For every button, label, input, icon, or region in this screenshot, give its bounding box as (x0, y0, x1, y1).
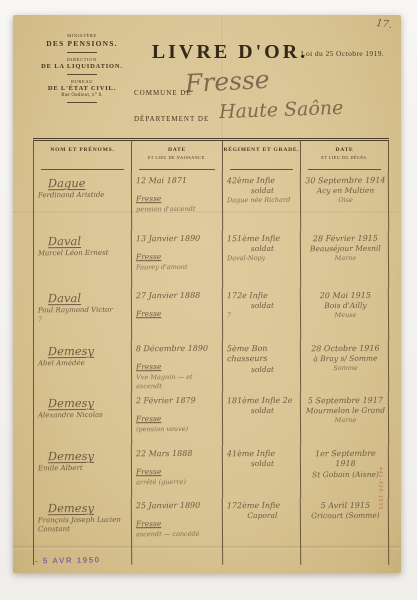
death-date: 5 Avril 1915 (305, 501, 386, 512)
given-names: Alexandre Nicolas (38, 411, 129, 421)
death-department: Marne (305, 416, 386, 425)
birth-place: Fresse (136, 363, 161, 373)
table-cell-regiment: 151ème Infie soldat Daval-Nopy (223, 231, 301, 289)
table-cell-regiment: 172ème Infie Caporal (223, 498, 301, 566)
regiment: 151ème Infie (227, 234, 298, 245)
table-cell-name: Demesy Abel Amédée (34, 341, 132, 394)
surname: Demesy (48, 344, 129, 360)
bureau-address: Rue Oudinot, n° 8. (23, 93, 141, 98)
table-cell-regiment: 42ème Infie soldat Dague née Richard (223, 173, 301, 232)
regiment-annotation: Dague née Richard (227, 196, 298, 205)
law-reference: Loi du 25 Octobre 1919. (301, 49, 406, 58)
table-cell-birth: 25 Janvier 1890 Fresse ascendt — concédé (132, 498, 223, 566)
death-place: Acy en Multien (305, 186, 386, 196)
birth-annotation (136, 320, 220, 321)
column-header-label: ET LIEU DE NAISSANCE. (132, 155, 222, 160)
birth-place: Fresse (136, 195, 161, 205)
table-cell-birth: 8 Décembre 1890 Fresse Vve Magnin — et a… (132, 341, 223, 394)
surname: Daval (48, 291, 129, 307)
table-cell-name: Daval Marcel Léon Ernest (34, 231, 132, 289)
birth-place: Fresse (136, 310, 161, 320)
birth-annotation: (pension veuve) (136, 425, 220, 434)
birth-place: Fresse (136, 468, 161, 478)
death-date: 5 Septembre 1917 (305, 396, 386, 407)
birth-place: Fresse (136, 415, 161, 425)
surname: Dague (48, 176, 129, 192)
regiment: 5ème Bon chasseurs (227, 344, 298, 365)
grade: soldat (227, 301, 298, 311)
table-cell-regiment: 172e Infie soldat 7 (223, 288, 301, 342)
commune-value: Fresse (184, 65, 270, 98)
table-cell-birth: 22 Mars 1888 Fresse arrêté (guerre) (132, 446, 223, 499)
name-annotation: 7 (38, 315, 129, 324)
column-header-label: DATE (301, 147, 388, 153)
casualty-table: NOM ET PRÉNOMS. DATE ET LIEU DE NAISSANC… (33, 138, 389, 565)
table-cell-name: Dague Ferdinand Aristide (34, 173, 132, 232)
grade: soldat (227, 244, 298, 254)
birth-annotation: Vve Magnin — et ascendt (136, 373, 220, 390)
table-cell-death: 28 Février 1915 Beauséjour Mesnil Marne (301, 231, 389, 289)
surname: Daval (48, 234, 129, 250)
death-date: 28 Octobre 1916 (305, 344, 386, 355)
grade: soldat (227, 365, 298, 375)
death-place: Gricourt (Somme) (305, 511, 386, 521)
grade: Caporal (227, 511, 298, 521)
grade: soldat (227, 406, 298, 416)
column-header-death: DATE ET LIEU DU DÉCÈS. (301, 141, 389, 173)
table-cell-death: 30 Septembre 1914 Acy en Multien Oise (301, 173, 389, 232)
departement-label: DÉPARTEMENT DE (134, 115, 209, 123)
regiment: 42ème Infie (227, 176, 298, 187)
death-date: 30 Septembre 1914 (305, 176, 386, 187)
scanned-document-view: 17. MINISTÈRE DES PENSIONS. DIRECTION DE… (0, 0, 417, 600)
birth-date: 27 Janvier 1888 (136, 291, 220, 302)
birth-date: 25 Janvier 1890 (136, 501, 220, 512)
death-department: Somme (305, 364, 386, 373)
column-header-label: DATE (132, 147, 222, 153)
birth-date: 12 Mai 1871 (136, 176, 220, 187)
birth-annotation: Faurey d'amont (136, 263, 220, 272)
table-cell-name: Daval Paul Raymond Victor 7 (34, 288, 132, 342)
death-place: à Bray s/ Somme (305, 354, 386, 364)
table-cell-birth: 27 Janvier 1888 Fresse (132, 288, 223, 342)
given-names: François Joseph Lucien Constant (38, 516, 129, 535)
table-cell-name: Demesy Alexandre Nicolas (34, 393, 132, 447)
regiment-annotation: 7 (227, 311, 298, 320)
commune-label: COMMUNE DE (134, 89, 192, 97)
direction-small-label: DIRECTION (23, 57, 141, 62)
birth-annotation: ascendt — concédé (136, 530, 220, 539)
letterhead-divider (67, 74, 97, 75)
column-header-label: RÉGIMENT ET GRADE. (223, 147, 300, 153)
table-cell-death: 1er Septembre 1918 St Gobain (Aisne) (301, 446, 389, 499)
bureau-small-label: BUREAU (23, 79, 141, 84)
table-cell-death: 5 Septembre 1917 Mourmelon le Grand Marn… (301, 393, 389, 447)
death-place: Bois d'Ailly (305, 301, 386, 311)
document-title: LIVRE D'OR. (147, 41, 313, 64)
regiment: 181ème Infie 2e (227, 396, 298, 407)
page-number: 17. (375, 18, 392, 31)
regiment: 172e Infie (227, 291, 298, 302)
given-names: Ferdinand Aristide (38, 191, 129, 201)
given-names: Abel Amédée (38, 359, 129, 369)
table-cell-birth: 2 Février 1879 Fresse (pension veuve) (132, 393, 223, 447)
surname: Demesy (48, 449, 129, 465)
birth-place: Fresse (136, 253, 161, 263)
regiment: 41ème Infie (227, 449, 298, 460)
column-header-birth: DATE ET LIEU DE NAISSANCE. (132, 141, 223, 173)
death-department: Marne (305, 254, 386, 263)
birth-annotation: arrêté (guerre) (136, 478, 220, 487)
death-place: St Gobain (Aisne) (305, 469, 386, 479)
death-date: 28 Février 1915 (305, 234, 386, 245)
surname: Demesy (48, 396, 129, 412)
birth-date: 22 Mars 1888 (136, 449, 220, 460)
ministry-small-label: MINISTÈRE (23, 33, 141, 38)
archive-date-stamp: - 5 AVR 1950 (35, 555, 101, 565)
table-cell-birth: 12 Mai 1871 Fresse pension d'ascendt (132, 173, 223, 232)
surname: Demesy (48, 501, 129, 517)
birth-place: Fresse (136, 520, 161, 530)
table-cell-death: 28 Octobre 1916 à Bray s/ Somme Somme (301, 341, 389, 394)
table-cell-regiment: 181ème Infie 2e soldat (223, 393, 301, 447)
table-cell-name: Demesy Emile Albert (34, 446, 132, 499)
table-cell-regiment: 41ème Infie soldat (223, 446, 301, 499)
column-header-label: ET LIEU DU DÉCÈS. (301, 155, 388, 160)
birth-annotation: pension d'ascendt (136, 205, 220, 214)
side-serial-stamp: 441-425-1935 (377, 467, 383, 510)
ministry-letterhead: MINISTÈRE DES PENSIONS. DIRECTION DE LA … (23, 33, 141, 107)
birth-date: 13 Janvier 1890 (136, 234, 220, 245)
letterhead-divider (67, 52, 97, 53)
document-page: 17. MINISTÈRE DES PENSIONS. DIRECTION DE… (13, 15, 401, 573)
regiment-annotation: Daval-Nopy (227, 254, 298, 263)
direction-name: DE LA LIQUIDATION. (23, 63, 141, 70)
birth-date: 2 Février 1879 (136, 396, 220, 407)
column-header-name: NOM ET PRÉNOMS. (34, 141, 132, 173)
given-names: Marcel Léon Ernest (38, 249, 129, 259)
column-header-regiment: RÉGIMENT ET GRADE. (223, 141, 301, 173)
column-header-label: NOM ET PRÉNOMS. (34, 147, 131, 153)
letterhead-divider (67, 102, 97, 103)
table-cell-death: 20 Mai 1915 Bois d'Ailly Meuse (301, 288, 389, 342)
ministry-name: DES PENSIONS. (23, 39, 141, 48)
grade: soldat (227, 459, 298, 469)
birth-date: 8 Décembre 1890 (136, 344, 220, 355)
death-place: Beauséjour Mesnil (305, 244, 386, 254)
table-cell-birth: 13 Janvier 1890 Fresse Faurey d'amont (132, 231, 223, 289)
table-cell-death: 5 Avril 1915 Gricourt (Somme) (301, 498, 389, 566)
death-department: Oise (305, 196, 386, 205)
death-date: 1er Septembre 1918 (305, 449, 386, 470)
death-date: 20 Mai 1915 (305, 291, 386, 302)
table-cell-regiment: 5ème Bon chasseurs soldat (223, 341, 301, 394)
bureau-name: DE L'ÉTAT CIVIL. (23, 85, 141, 92)
given-names: Emile Albert (38, 464, 129, 474)
departement-value: Haute Saône (219, 97, 344, 123)
regiment: 172ème Infie (227, 501, 298, 512)
grade: soldat (227, 186, 298, 196)
death-place: Mourmelon le Grand (305, 406, 386, 416)
death-department: Meuse (305, 311, 386, 320)
